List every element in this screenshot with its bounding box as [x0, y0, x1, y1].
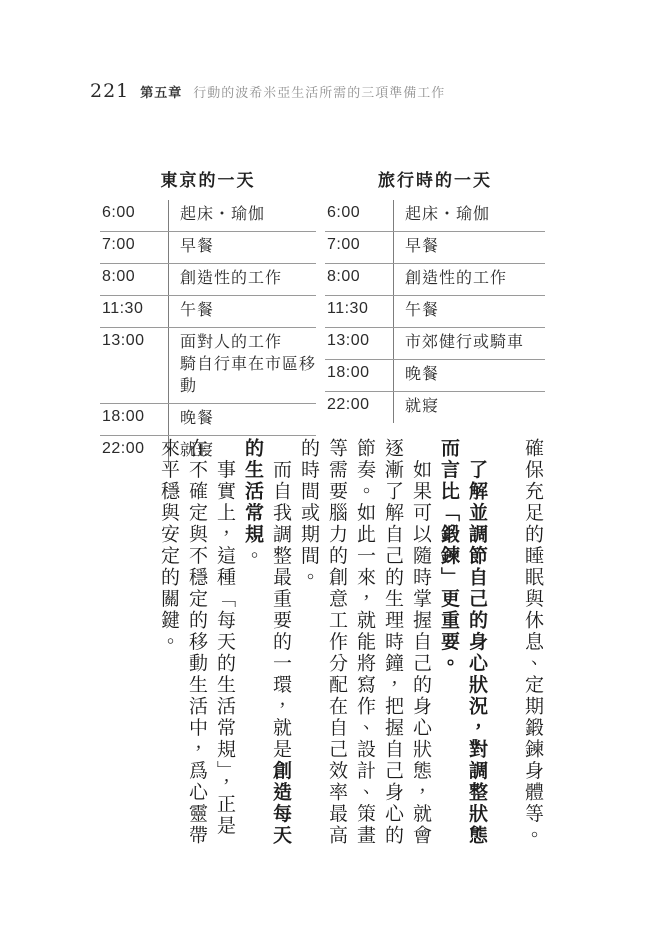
time-cell: 7:00 — [325, 232, 394, 263]
table-travel-day: 旅行時的一天 6:00 起床・瑜伽 7:00 早餐 8:00 創造性的工作 11… — [325, 166, 545, 467]
table-row: 13:00 市郊健行或騎車 — [325, 328, 545, 360]
page-number: 221 — [90, 80, 129, 102]
paragraph-routine: 而自我調整最重要的一環，就是創造每天的生活常規。 — [239, 438, 295, 850]
chapter-label: 第五章 — [140, 82, 182, 101]
activity-cell: 晚餐 — [394, 360, 545, 391]
time-cell: 22:00 — [325, 392, 394, 423]
paragraph-stability: 事實上，這種「每天的生活常規」，正是在不確定與不穩定的移動生活中，爲心靈帶來平穩… — [155, 438, 239, 850]
activity-cell: 早餐 — [169, 232, 316, 263]
table-title: 東京的一天 — [100, 166, 316, 191]
running-head: 221 第五章 行動的波希米亞生活所需的三項準備工作 — [90, 80, 445, 102]
table-row: 13:00 面對人的工作 騎自行車在市區移動 — [100, 328, 316, 404]
table-rows: 6:00 起床・瑜伽 7:00 早餐 8:00 創造性的工作 11:30 午餐 … — [325, 200, 545, 423]
table-row: 18:00 晚餐 — [100, 404, 316, 436]
table-rows: 6:00 起床・瑜伽 7:00 早餐 8:00 創造性的工作 11:30 午餐 … — [100, 200, 316, 467]
activity-cell: 市郊健行或騎車 — [394, 328, 545, 359]
time-cell: 6:00 — [100, 200, 169, 231]
time-cell: 11:30 — [325, 296, 394, 327]
activity-cell: 午餐 — [169, 296, 316, 327]
time-cell: 8:00 — [100, 264, 169, 295]
table-title: 旅行時的一天 — [325, 166, 545, 191]
time-cell: 18:00 — [100, 404, 169, 435]
time-cell: 8:00 — [325, 264, 394, 295]
time-cell: 18:00 — [325, 360, 394, 391]
table-row: 11:30 午餐 — [325, 296, 545, 328]
table-row: 22:00 就寢 — [325, 392, 545, 423]
table-row: 8:00 創造性的工作 — [325, 264, 545, 296]
activity-cell: 創造性的工作 — [169, 264, 316, 295]
book-page: 221 第五章 行動的波希米亞生活所需的三項準備工作 東京的一天 6:00 起床… — [0, 0, 663, 932]
activity-cell: 晚餐 — [169, 404, 316, 435]
time-cell: 11:30 — [100, 296, 169, 327]
table-row: 7:00 早餐 — [100, 232, 316, 264]
table-row: 6:00 起床・瑜伽 — [100, 200, 316, 232]
activity-cell: 起床・瑜伽 — [394, 200, 545, 231]
time-cell: 6:00 — [325, 200, 394, 231]
activity-cell: 面對人的工作 騎自行車在市區移動 — [169, 328, 316, 403]
schedule-tables: 東京的一天 6:00 起床・瑜伽 7:00 早餐 8:00 創造性的工作 11:… — [100, 166, 545, 467]
time-cell: 13:00 — [100, 328, 169, 403]
run-normal: 而自我調整最重要的一環，就是 — [270, 438, 292, 761]
run-normal: 。 — [242, 546, 264, 568]
time-cell: 7:00 — [100, 232, 169, 263]
table-row: 7:00 早餐 — [325, 232, 545, 264]
table-tokyo-day: 東京的一天 6:00 起床・瑜伽 7:00 早餐 8:00 創造性的工作 11:… — [100, 166, 316, 467]
table-row: 8:00 創造性的工作 — [100, 264, 316, 296]
table-row: 18:00 晚餐 — [325, 360, 545, 392]
chapter-title: 行動的波希米亞生活所需的三項準備工作 — [193, 82, 445, 101]
table-row: 6:00 起床・瑜伽 — [325, 200, 545, 232]
paragraph-key-point: 了解並調節自己的身心狀況，對調整狀態而言比「鍛鍊」更重要。 — [435, 438, 491, 850]
paragraph-biorhythm: 如果可以隨時掌握自己的身心狀態，就會逐漸了解自己的生理時鐘，把握自己身心的節奏。… — [295, 438, 435, 850]
vertical-body-text: 確保充足的睡眠與休息、定期鍛鍊身體等。 了解並調節自己的身心狀況，對調整狀態而言… — [155, 438, 547, 850]
time-cell: 13:00 — [325, 328, 394, 359]
paragraph-sleep: 確保充足的睡眠與休息、定期鍛鍊身體等。 — [519, 438, 547, 850]
activity-cell: 早餐 — [394, 232, 545, 263]
activity-cell: 起床・瑜伽 — [169, 200, 316, 231]
activity-cell: 就寢 — [394, 392, 545, 423]
table-row: 11:30 午餐 — [100, 296, 316, 328]
activity-cell: 創造性的工作 — [394, 264, 545, 295]
activity-cell: 午餐 — [394, 296, 545, 327]
